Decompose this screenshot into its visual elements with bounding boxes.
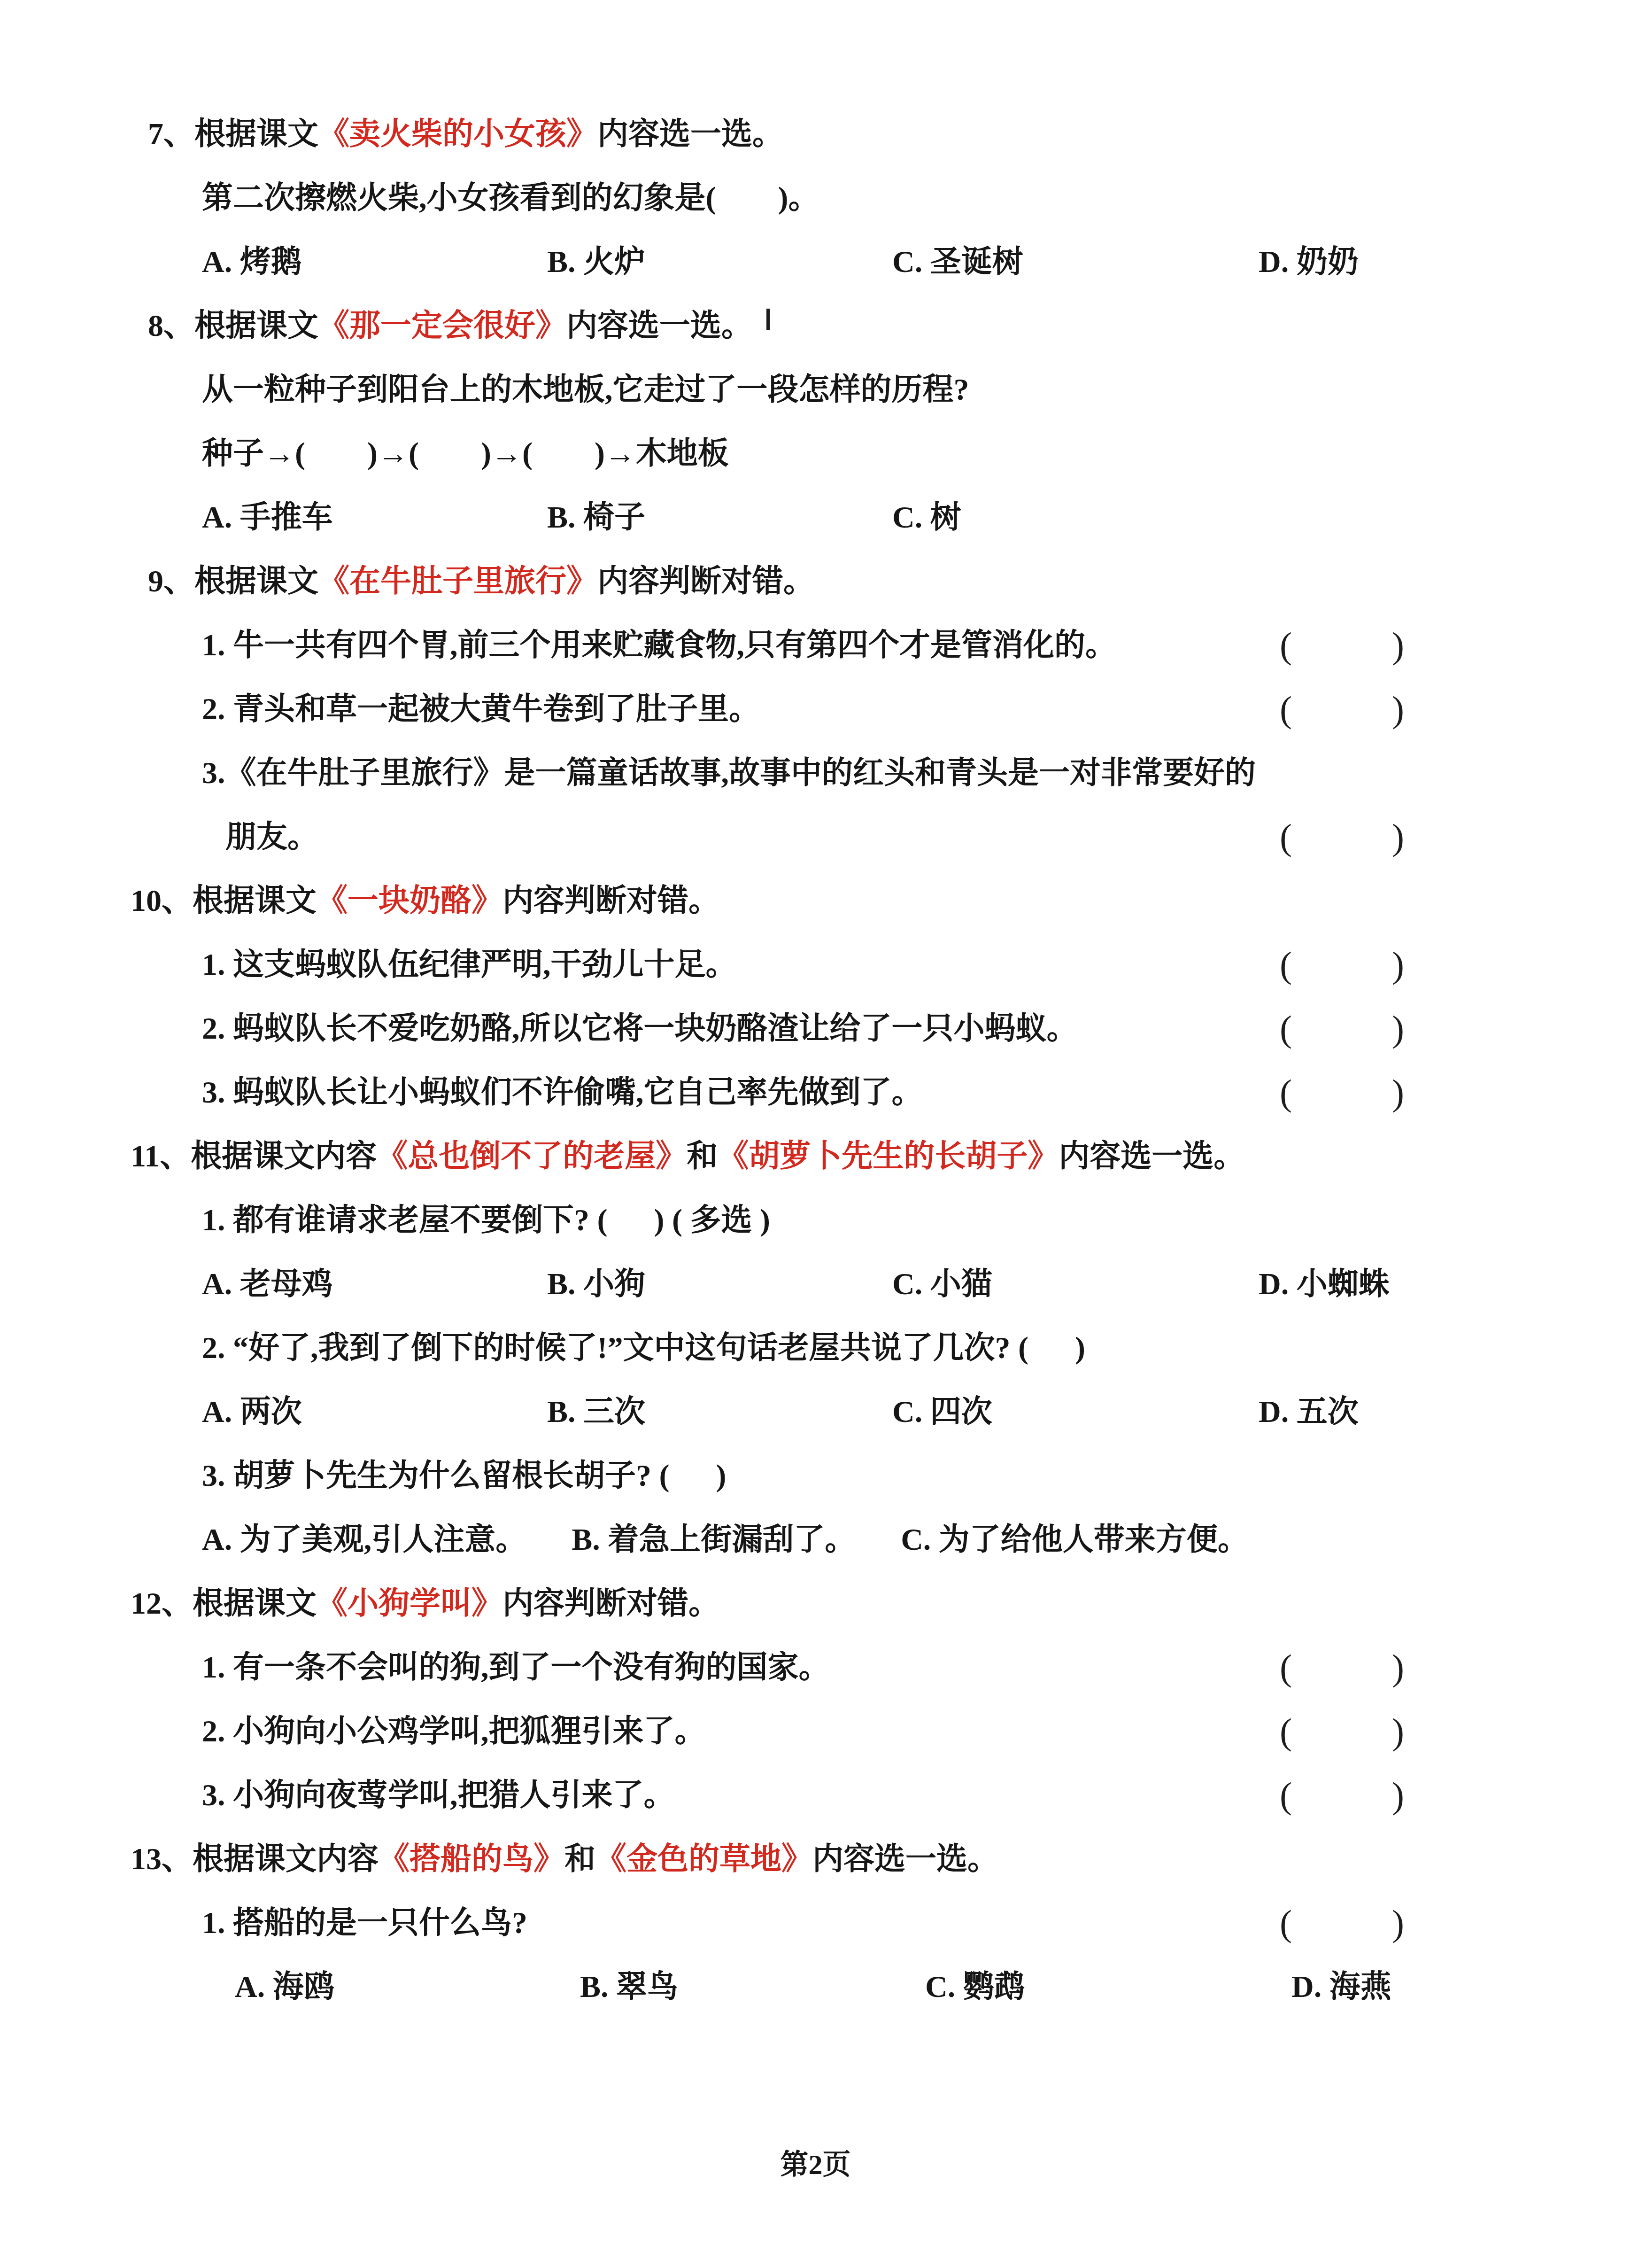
question-11-sub-1-options: A. 老母鸡 B. 小狗 C. 小猫 D. 小蜘蛛 <box>0 1263 1631 1306</box>
question-11-lesson-title-1: 《总也倒不了的老屋》 <box>377 1141 687 1172</box>
question-8-stem: 从一粒种子到阳台上的木地板,它走过了一段怎样的历程? <box>0 368 1631 412</box>
answer-parens: () <box>1280 1649 1404 1686</box>
sub-question-text: 2. “好了,我到了倒下的时候了!”文中这句话老屋共说了几次? ( ) <box>202 1333 1085 1364</box>
option-b: B. 火炉 <box>547 247 892 278</box>
option-c: C. 圣诞树 <box>892 247 1259 278</box>
question-11-sub-3-options: A. 为了美观,引人注意。 B. 着急上街漏刮了。 C. 为了给他人带来方便。 <box>0 1518 1631 1561</box>
question-8-header-prefix: 8、根据课文 <box>148 311 318 342</box>
option-b: B. 小狗 <box>547 1269 892 1300</box>
question-7-stem-text: 第二次擦燃火柴,小女孩看到的幻象是( )。 <box>202 183 819 214</box>
question-9-lesson-title: 《在牛肚子里旅行》 <box>318 566 597 597</box>
question-9-header: 9、根据课文《在牛肚子里旅行》内容判断对错。 <box>0 560 1631 603</box>
judge-item-text: 朋友。 <box>225 822 318 853</box>
paren-close: ) <box>1392 819 1404 855</box>
answer-parens: () <box>1280 691 1404 728</box>
option-a: A. 手推车 <box>202 502 547 533</box>
option-b: B. 椅子 <box>547 502 892 533</box>
question-12-header: 12、根据课文《小狗学叫》内容判断对错。 <box>0 1582 1631 1625</box>
option-b: B. 三次 <box>547 1397 892 1428</box>
question-13-header: 13、根据课文内容《搭船的鸟》和《金色的草地》内容选一选。 <box>0 1838 1631 1881</box>
paren-open: ( <box>1280 691 1292 728</box>
answer-parens: () <box>1280 1713 1404 1750</box>
question-7-lesson-title: 《卖火柴的小女孩》 <box>318 119 597 150</box>
question-7-options: A. 烤鹅 B. 火炉 C. 圣诞树 D. 奶奶 <box>0 241 1631 284</box>
question-9-item-3-line-2: 朋友。 () <box>0 816 1631 859</box>
option-c: C. 为了给他人带来方便。 <box>901 1524 1249 1555</box>
question-9-item-1: 1. 牛一共有四个胃,前三个用来贮藏食物,只有第四个才是管消化的。 () <box>0 624 1631 667</box>
judge-item-text: 2. 蚂蚁队长不爱吃奶酪,所以它将一块奶酪渣让给了一只小蚂蚁。 <box>202 1013 1078 1044</box>
question-10-item-2: 2. 蚂蚁队长不爱吃奶酪,所以它将一块奶酪渣让给了一只小蚂蚁。 () <box>0 1007 1631 1050</box>
question-8-sequence-text: 种子→( )→( )→( )→木地板 <box>202 438 729 469</box>
question-8-options: A. 手推车 B. 椅子 C. 树 <box>0 496 1631 539</box>
paren-open: ( <box>1280 1777 1292 1814</box>
answer-parens: () <box>1280 1074 1404 1111</box>
question-11-header-prefix: 11、根据课文内容 <box>131 1141 377 1172</box>
judge-item-text: 3. 蚂蚁队长让小蚂蚁们不许偷嘴,它自己率先做到了。 <box>202 1077 923 1108</box>
question-11-header: 11、根据课文内容《总也倒不了的老屋》和《胡萝卜先生的长胡子》内容选一选。 <box>0 1135 1631 1178</box>
paren-close: ) <box>1392 627 1404 664</box>
option-c: C. 鹦鹉 <box>925 1972 1291 2003</box>
question-13-header-suffix: 内容选一选。 <box>812 1844 998 1875</box>
question-12-header-suffix: 内容判断对错。 <box>502 1588 719 1619</box>
question-10-item-1: 1. 这支蚂蚁队伍纪律严明,干劲儿十足。 () <box>0 943 1631 986</box>
answer-parens: () <box>1280 1010 1404 1047</box>
paren-close: ) <box>1392 1777 1404 1814</box>
question-7-header: 7、根据课文《卖火柴的小女孩》内容选一选。 <box>0 113 1631 156</box>
judge-item-text: 2. 小狗向小公鸡学叫,把狐狸引来了。 <box>202 1716 706 1747</box>
answer-parens: () <box>1280 627 1404 664</box>
paren-close: ) <box>1392 947 1404 983</box>
question-12-item-1: 1. 有一条不会叫的狗,到了一个没有狗的国家。 () <box>0 1646 1631 1689</box>
question-9-item-3-line-1: 3.《在牛肚子里旅行》是一篇童话故事,故事中的红头和青头是一对非常要好的 <box>0 752 1631 795</box>
question-13-lesson-title-1: 《搭船的鸟》 <box>379 1844 564 1875</box>
option-a: A. 海鸥 <box>235 1972 580 2003</box>
question-11-sub-3-stem: 3. 胡萝卜先生为什么留根长胡子? ( ) <box>0 1454 1631 1498</box>
option-a: A. 烤鹅 <box>202 247 547 278</box>
paren-close: ) <box>1392 1010 1404 1047</box>
question-10-header: 10、根据课文《一块奶酪》内容判断对错。 <box>0 879 1631 923</box>
paren-open: ( <box>1280 1010 1292 1047</box>
question-9-item-2: 2. 青头和草一起被大黄牛卷到了肚子里。 () <box>0 688 1631 731</box>
judge-item-text: 3.《在牛肚子里旅行》是一篇童话故事,故事中的红头和青头是一对非常要好的 <box>202 758 1256 789</box>
question-11-sub-2-stem: 2. “好了,我到了倒下的时候了!”文中这句话老屋共说了几次? ( ) <box>0 1327 1631 1370</box>
option-c: C. 四次 <box>892 1397 1259 1428</box>
question-9-header-prefix: 9、根据课文 <box>148 566 318 597</box>
paren-open: ( <box>1280 627 1292 664</box>
question-8-header: 8、根据课文《那一定会很好》内容选一选。 <box>0 304 1631 348</box>
question-7-header-prefix: 7、根据课文 <box>148 119 318 150</box>
question-13-item-1: 1. 搭船的是一只什么鸟? () <box>0 1902 1631 1945</box>
option-d: D. 海燕 <box>1291 1972 1391 2003</box>
paren-open: ( <box>1280 1905 1292 1942</box>
question-7-header-suffix: 内容选一选。 <box>597 119 783 150</box>
paren-close: ) <box>1392 1713 1404 1750</box>
question-12-item-2: 2. 小狗向小公鸡学叫,把狐狸引来了。 () <box>0 1710 1631 1753</box>
question-13-lesson-title-2: 《金色的草地》 <box>595 1844 812 1875</box>
paren-open: ( <box>1280 819 1292 855</box>
option-d: D. 奶奶 <box>1259 247 1359 278</box>
judge-item-text: 2. 青头和草一起被大黄牛卷到了肚子里。 <box>202 694 760 725</box>
judge-item-text: 1. 牛一共有四个胃,前三个用来贮藏食物,只有第四个才是管消化的。 <box>202 630 1116 661</box>
paren-open: ( <box>1280 1713 1292 1750</box>
paren-open: ( <box>1280 947 1292 983</box>
question-10-item-3: 3. 蚂蚁队长让小蚂蚁们不许偷嘴,它自己率先做到了。 () <box>0 1071 1631 1114</box>
question-11-header-and: 和 <box>687 1141 718 1172</box>
answer-parens: () <box>1280 947 1404 983</box>
question-13-header-and: 和 <box>564 1844 595 1875</box>
sub-question-text: 3. 胡萝卜先生为什么留根长胡子? ( ) <box>202 1460 726 1491</box>
option-d: D. 小蜘蛛 <box>1259 1269 1390 1300</box>
question-10-lesson-title: 《一块奶酪》 <box>317 885 502 917</box>
sub-question-text: 1. 搭船的是一只什么鸟? <box>202 1908 527 1939</box>
paren-close: ) <box>1392 1649 1404 1686</box>
sub-question-text: 1. 都有谁请求老屋不要倒下? ( ) ( 多选 ) <box>202 1205 770 1236</box>
option-a: A. 为了美观,引人注意。 <box>202 1524 526 1555</box>
option-b: B. 翠鸟 <box>580 1972 925 2003</box>
question-12-item-3: 3. 小狗向夜莺学叫,把猎人引来了。 () <box>0 1774 1631 1817</box>
answer-parens: () <box>1280 1777 1404 1814</box>
worksheet-page: 7、根据课文《卖火柴的小女孩》内容选一选。 第二次擦燃火柴,小女孩看到的幻象是(… <box>0 0 1631 2268</box>
question-13-options: A. 海鸥 B. 翠鸟 C. 鹦鹉 D. 海燕 <box>0 1965 1631 2009</box>
question-9-header-suffix: 内容判断对错。 <box>597 566 814 597</box>
option-c: C. 树 <box>892 502 961 533</box>
question-7-stem: 第二次擦燃火柴,小女孩看到的幻象是( )。 <box>0 177 1631 220</box>
judge-item-text: 1. 有一条不会叫的狗,到了一个没有狗的国家。 <box>202 1652 830 1683</box>
paren-open: ( <box>1280 1074 1292 1111</box>
paren-open: ( <box>1280 1649 1292 1686</box>
question-12-header-prefix: 12、根据课文 <box>131 1588 317 1619</box>
paren-close: ) <box>1392 1074 1404 1111</box>
question-8-sequence-blanks: 种子→( )→( )→( )→木地板 <box>0 432 1631 475</box>
option-c: C. 小猫 <box>892 1269 1259 1300</box>
judge-item-text: 3. 小狗向夜莺学叫,把猎人引来了。 <box>202 1780 675 1811</box>
paren-close: ) <box>1392 1905 1404 1942</box>
question-10-header-prefix: 10、根据课文 <box>131 885 317 917</box>
question-13-header-prefix: 13、根据课文内容 <box>131 1844 379 1875</box>
answer-parens: () <box>1280 819 1404 855</box>
answer-parens: () <box>1280 1905 1404 1942</box>
question-10-header-suffix: 内容判断对错。 <box>502 885 719 917</box>
option-a: A. 两次 <box>202 1397 547 1428</box>
question-11-lesson-title-2: 《胡萝卜先生的长胡子》 <box>718 1141 1059 1172</box>
judge-item-text: 1. 这支蚂蚁队伍纪律严明,干劲儿十足。 <box>202 949 737 980</box>
question-8-lesson-title: 《那一定会很好》 <box>318 311 566 342</box>
question-8-stem-text: 从一粒种子到阳台上的木地板,它走过了一段怎样的历程? <box>202 374 969 405</box>
question-11-header-suffix: 内容选一选。 <box>1059 1141 1245 1172</box>
question-11-sub-1-stem: 1. 都有谁请求老屋不要倒下? ( ) ( 多选 ) <box>0 1199 1631 1242</box>
paren-close: ) <box>1392 691 1404 728</box>
worksheet-content: 7、根据课文《卖火柴的小女孩》内容选一选。 第二次擦燃火柴,小女孩看到的幻象是(… <box>0 0 1631 2009</box>
option-a: A. 老母鸡 <box>202 1269 547 1300</box>
option-b: B. 着急上街漏刮了。 <box>572 1524 856 1555</box>
question-11-sub-2-options: A. 两次 B. 三次 C. 四次 D. 五次 <box>0 1390 1631 1434</box>
scan-artifact-mark <box>766 309 770 330</box>
question-8-header-suffix: 内容选一选。 <box>566 311 752 342</box>
question-12-lesson-title: 《小狗学叫》 <box>317 1588 502 1619</box>
page-number: 第2页 <box>0 2142 1631 2183</box>
option-d: D. 五次 <box>1259 1397 1359 1428</box>
